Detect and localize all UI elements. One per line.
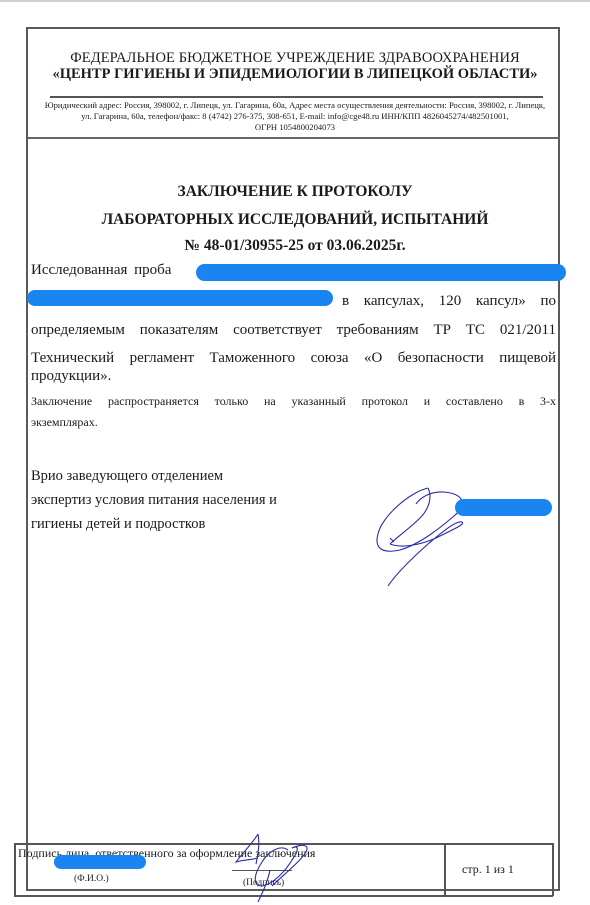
footer-left-border (14, 843, 16, 896)
address-line-3: ОГРН 1054800204073 (30, 122, 560, 133)
redacted-sample-name-1 (196, 264, 566, 281)
address-line-1: Юридический адрес: Россия, 398002, г. Ли… (30, 100, 560, 111)
org-name-line1: ФЕДЕРАЛЬНОЕ БЮДЖЕТНОЕ УЧРЕЖДЕНИЕ ЗДРАВОО… (0, 50, 590, 67)
page-indicator: стр. 1 из 1 (462, 862, 514, 877)
document-title-line2: ЛАБОРАТОРНЫХ ИССЛЕДОВАНИЙ, ИСПЫТАНИЙ (0, 211, 590, 229)
body-line-4: Технический регламент Таможенного союза … (31, 350, 556, 367)
footer-column-divider (444, 843, 446, 896)
signature-head-icon (370, 478, 480, 588)
footer-signature-icon (228, 830, 318, 905)
document-title-line1: ЗАКЛЮЧЕНИЕ К ПРОТОКОЛУ (0, 183, 590, 201)
address-line-2: ул. Гагарина, 60а, телефон/факс: 8 (4742… (30, 111, 560, 122)
footer-right-border (552, 843, 554, 896)
org-address: Юридический адрес: Россия, 398002, г. Ли… (30, 100, 560, 133)
body-line-5: продукции». (31, 368, 556, 385)
signatory-title-line1: Врио заведующего отделением (31, 468, 223, 485)
sample-label: Исследованная проба (31, 262, 171, 279)
fio-caption: (Ф.И.О.) (74, 874, 109, 884)
address-divider (28, 137, 560, 139)
org-name-line2: «ЦЕНТР ГИГИЕНЫ И ЭПИДЕМИОЛОГИИ В ЛИПЕЦКО… (0, 66, 590, 83)
signatory-title-line2: экспертиз условия питания населения и (31, 492, 277, 509)
signatory-title-line3: гигиены детей и подростков (31, 516, 205, 533)
scan-top-edge (0, 0, 590, 2)
body-line-3: определяемым показателям соответствует т… (31, 322, 556, 339)
header-divider (50, 96, 543, 98)
document-frame (26, 27, 560, 891)
note-line-1: Заключение распространяется только на ук… (31, 394, 556, 409)
redacted-signatory-name (455, 499, 552, 516)
protocol-number: № 48-01/30955-25 от 03.06.2025г. (0, 237, 590, 255)
note-line-2: экземплярах. (31, 415, 556, 430)
redacted-responsible-name (54, 855, 146, 869)
body-line-2: в капсулах, 120 капсул» по (342, 293, 556, 310)
redacted-sample-name-2 (27, 290, 333, 306)
